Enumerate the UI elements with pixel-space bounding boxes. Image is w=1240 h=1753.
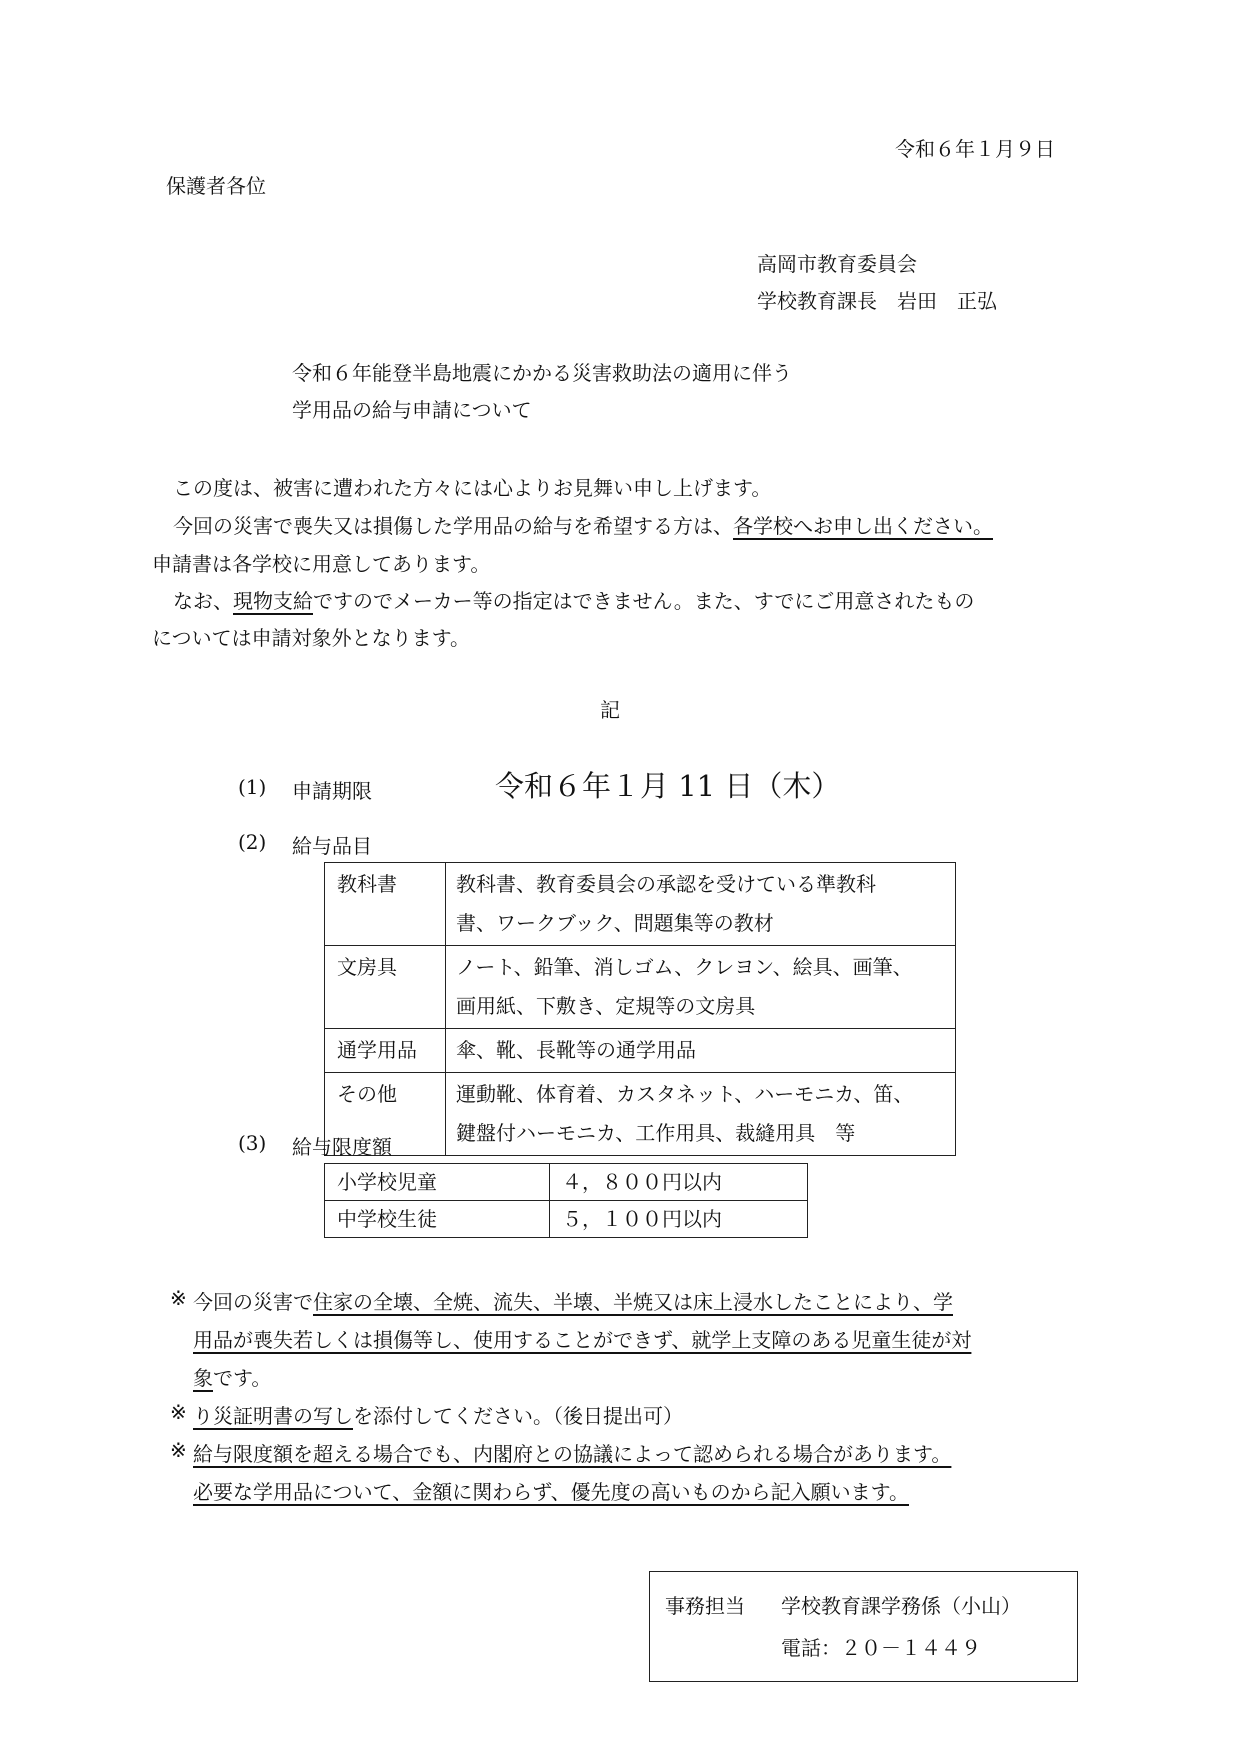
section-3-number: (3) [238,1131,266,1155]
note-1-underlined: 象 [193,1366,213,1390]
sender-name: 学校教育課長 岩田 正弘 [757,285,997,314]
table-row: 小学校児童 ４，８００円以内 [325,1164,808,1201]
supply-items-table: 教科書 教科書、教育委員会の承認を受けている準教科書、ワークブック、問題集等の教… [324,862,956,1156]
item-description-line: 教科書、教育委員会の承認を受けている準教科 [456,865,945,904]
notice-paragraph-cont: については申請対象外となります。 [152,622,470,651]
application-deadline: 令和６年１月 11 日（木） [495,764,840,805]
contact-phone: 電話：２０－１４４９ [781,1632,981,1661]
note-1-text: 今回の災害で [193,1290,313,1314]
item-category: 通学用品 [325,1029,446,1073]
table-row: 文房具 ノート、鉛筆、消しゴム、クレヨン、絵具、画筆、画用紙、下敷き、定規等の文… [325,946,956,1029]
limit-category: 中学校生徒 [325,1201,550,1238]
table-row: 中学校生徒 ５，１００円以内 [325,1201,808,1238]
notice-underlined: 現物支給 [233,589,313,613]
notice-text-pre: なお、 [173,589,233,613]
limit-category: 小学校児童 [325,1164,550,1201]
document-date: 令和６年１月９日 [895,133,1055,162]
note-3-line-2: 必要な学用品について、金額に関わらず、優先度の高いものから記入願います。 [193,1476,909,1505]
note-2-underlined: り災証明書の写し [193,1404,353,1428]
contact-label: 事務担当 [665,1590,745,1619]
note-1-line-3: 象です。 [193,1362,271,1391]
item-description: 傘、靴、長靴等の通学用品 [446,1029,956,1073]
request-paragraph: 今回の災害で喪失又は損傷した学用品の給与を希望する方は、各学校へお申し出ください… [173,510,993,539]
section-1-number: (1) [238,775,266,799]
item-description: 教科書、教育委員会の承認を受けている準教科書、ワークブック、問題集等の教材 [446,863,956,946]
note-1-underlined: 用品が喪失若しくは損傷等し、使用することができず、就学上支障のある児童生徒が対 [193,1328,971,1352]
note-1-line-2: 用品が喪失若しくは損傷等し、使用することができず、就学上支障のある児童生徒が対 [193,1324,971,1353]
title-line-1: 令和６年能登半島地震にかかる災害救助法の適用に伴う [292,357,792,386]
limit-amount: ５，１００円以内 [550,1201,808,1238]
contact-department: 学校教育課学務係（小山） [781,1590,1021,1619]
note-1-text: です。 [213,1366,271,1390]
item-description-line: ノート、鉛筆、消しゴム、クレヨン、絵具、画筆、 [456,948,945,987]
item-category: 教科書 [325,863,446,946]
ki-heading: 記 [600,694,620,723]
note-3-underlined: 必要な学用品について、金額に関わらず、優先度の高いものから記入願います。 [193,1480,909,1504]
request-underlined: 各学校へお申し出ください。 [733,514,993,538]
item-description-line: 運動靴、体育着、カスタネット、ハーモニカ、笛、 [456,1075,945,1114]
section-2-label: 給与品目 [292,830,372,859]
note-2-mark: ※ [170,1400,187,1424]
item-description-line: 鍵盤付ハーモニカ、工作用具、裁縫用具 等 [456,1114,945,1153]
section-2-number: (2) [238,830,266,854]
payment-limit-table: 小学校児童 ４，８００円以内 中学校生徒 ５，１００円以内 [324,1163,808,1238]
note-2-line: り災証明書の写しを添付してください。（後日提出可） [193,1400,683,1429]
note-3-underlined: 給与限度額を超える場合でも、内閣府との協議によって認められる場合があります。 [193,1442,951,1466]
table-row: その他 運動靴、体育着、カスタネット、ハーモニカ、笛、鍵盤付ハーモニカ、工作用具… [325,1073,956,1156]
item-description-line: 傘、靴、長靴等の通学用品 [456,1031,945,1070]
request-text: 今回の災害で喪失又は損傷した学用品の給与を希望する方は、 [173,514,733,538]
title-line-2: 学用品の給与申請について [292,394,532,423]
recipient: 保護者各位 [166,170,266,199]
item-description-line: 書、ワークブック、問題集等の教材 [456,904,945,943]
item-description: 運動靴、体育着、カスタネット、ハーモニカ、笛、鍵盤付ハーモニカ、工作用具、裁縫用… [446,1073,956,1156]
note-2-text: を添付してください。（後日提出可） [353,1404,683,1428]
item-description-line: 画用紙、下敷き、定規等の文房具 [456,987,945,1026]
sender-organization: 高岡市教育委員会 [757,248,917,277]
note-3-line-1: 給与限度額を超える場合でも、内閣府との協議によって認められる場合があります。 [193,1438,951,1467]
greeting-paragraph: この度は、被害に遭われた方々には心よりお見舞い申し上げます。 [173,472,771,501]
notice-text-post: ですのでメーカー等の指定はできません。また、すでにご用意されたもの [313,589,974,613]
request-paragraph-cont: 申請書は各学校に用意してあります。 [152,548,490,577]
limit-amount: ４，８００円以内 [550,1164,808,1201]
note-3-mark: ※ [170,1438,187,1462]
notice-paragraph: なお、現物支給ですのでメーカー等の指定はできません。また、すでにご用意されたもの [173,585,974,614]
contact-box: 事務担当 学校教育課学務係（小山） 電話：２０－１４４９ [649,1571,1078,1682]
table-row: 教科書 教科書、教育委員会の承認を受けている準教科書、ワークブック、問題集等の教… [325,863,956,946]
note-1-line-1: 今回の災害で住家の全壊、全焼、流失、半壊、半焼又は床上浸水したことにより、学 [193,1286,953,1315]
section-1-label: 申請期限 [292,775,372,804]
note-1-underlined: 住家の全壊、全焼、流失、半壊、半焼又は床上浸水したことにより、学 [313,1290,953,1314]
item-category: 文房具 [325,946,446,1029]
table-row: 通学用品 傘、靴、長靴等の通学用品 [325,1029,956,1073]
note-1-mark: ※ [170,1286,187,1310]
item-description: ノート、鉛筆、消しゴム、クレヨン、絵具、画筆、画用紙、下敷き、定規等の文房具 [446,946,956,1029]
section-3-label: 給与限度額 [292,1131,392,1160]
